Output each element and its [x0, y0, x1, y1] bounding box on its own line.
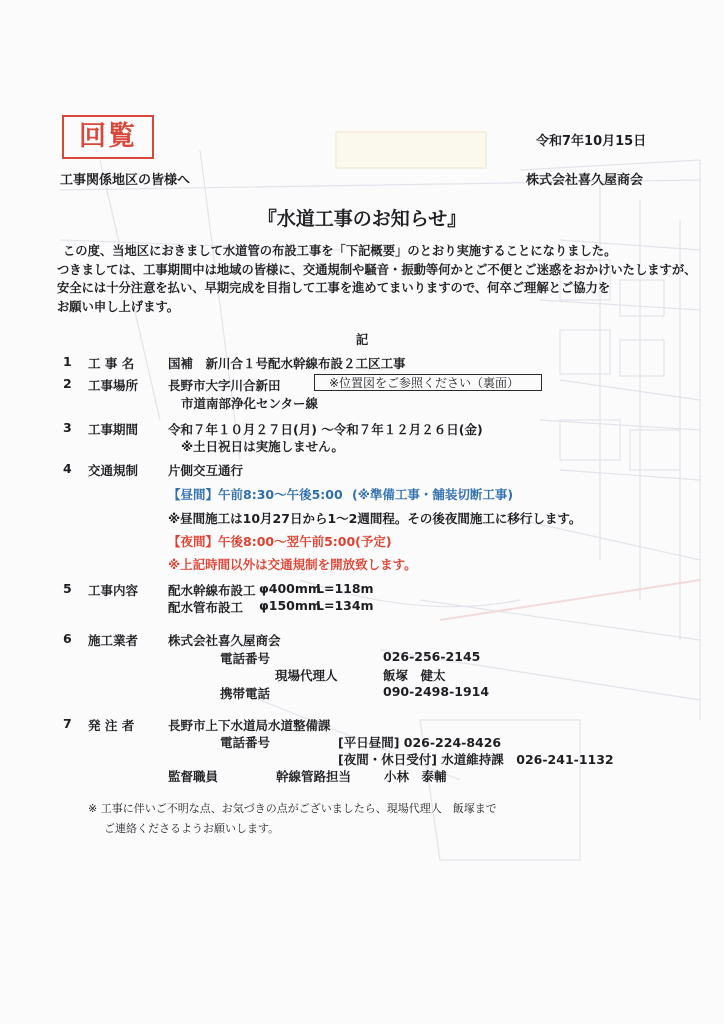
site-agent-label: 現場代理人	[275, 666, 338, 684]
site-agent-name: 飯塚 健太	[383, 666, 446, 684]
item-label-contractor: 施工業者	[88, 631, 138, 649]
ki-heading: 記	[0, 330, 724, 348]
supervisor-name: 小林 泰輔	[384, 767, 447, 785]
daytime-note: ※昼間施工は10月27日から1～2週間程。その後夜間施工に移行します。	[168, 509, 581, 527]
work-row-diameter: φ400mm	[259, 581, 321, 596]
traffic-method: 片側交互通行	[168, 461, 243, 479]
item-number: 4	[63, 461, 72, 476]
item-number: 3	[63, 420, 72, 435]
contractor-name: 株式会社喜久屋商会	[168, 631, 281, 649]
mobile-label: 携帯電話	[220, 684, 270, 702]
supervisor-label: 監督職員	[168, 767, 218, 785]
work-row-name: 配水幹線布設工	[168, 581, 256, 599]
item-label-period: 工事期間	[88, 420, 138, 438]
daytime-hours: 【昼間】午前8:30～午後5:00	[168, 485, 343, 503]
intro-paragraph: この度、当地区におきまして水道管の布設工事を「下記概要」のとおり実施することにな…	[57, 242, 696, 316]
client-name: 長野市上下水道局水道整備課	[168, 716, 331, 734]
project-name: 国補 新川合１号配水幹線布設２工区工事	[168, 354, 406, 372]
contractor-phone-label: 電話番号	[220, 649, 270, 667]
issue-date: 令和7年10月15日	[536, 130, 646, 149]
item-number: 6	[63, 631, 72, 646]
item-number: 7	[63, 716, 72, 731]
item-number: 1	[63, 354, 72, 369]
company-name: 株式会社喜久屋商会	[526, 169, 643, 188]
period-note: ※土日祝日は実施しません。	[181, 437, 344, 455]
nighttime-hours: 【夜間】午後8:00～翌午前5:00(予定)	[168, 532, 392, 550]
client-phone-label: 電話番号	[220, 733, 270, 751]
work-row-name: 配水管布設工	[168, 598, 243, 616]
release-note: ※上記時間以外は交通規制を開放致します。	[168, 555, 417, 573]
intro-line: お願い申し上げます。	[57, 298, 696, 317]
footer-note-line: ※ 工事に伴いご不明な点、お気づきの点がございましたら、現場代理人 飯塚まで	[88, 799, 497, 819]
location-map-reference: ※位置図をご参照ください（裏面）	[314, 374, 542, 391]
location-road: 市道南部浄化センター線	[181, 394, 318, 412]
intro-line: この度、当地区におきまして水道管の布設工事を「下記概要」のとおり実施することにな…	[57, 242, 696, 261]
footer-note: ※ 工事に伴いご不明な点、お気づきの点がございましたら、現場代理人 飯塚まで ご…	[88, 799, 497, 839]
mobile-number: 090-2498-1914	[383, 684, 489, 699]
page-title: 『水道工事のお知らせ』	[0, 204, 724, 231]
circulation-stamp: 回覧	[62, 115, 154, 159]
client-weekday-phone: [平日昼間] 026-224-8426	[338, 733, 501, 751]
work-row-diameter: φ150mm	[259, 598, 321, 613]
item-label-project-name: 工 事 名	[88, 354, 134, 372]
item-label-traffic: 交通規制	[88, 461, 138, 479]
addressee: 工事関係地区の皆様へ	[60, 169, 190, 188]
item-number: 5	[63, 581, 72, 596]
contractor-phone: 026-256-2145	[383, 649, 480, 664]
intro-line: つきましては、工事期間中は地域の皆様に、交通規制や騒音・振動等何かとご不便とご迷…	[57, 261, 696, 280]
footer-note-line: ご連絡くださるようお願いします。	[88, 819, 497, 839]
work-row-length: L=134m	[316, 598, 374, 613]
item-label-content: 工事内容	[88, 581, 138, 599]
work-row-length: L=118m	[316, 581, 374, 596]
location-value: 長野市大字川合新田	[168, 376, 281, 394]
item-number: 2	[63, 376, 72, 391]
supervisor-role: 幹線管路担当	[276, 767, 351, 785]
intro-line: 安全には十分注意を払い、早期完成を目指して工事を進めてまいりますので、何卒ご理解…	[57, 279, 696, 298]
daytime-work-type: (※準備工事・舗装切断工事)	[352, 485, 513, 503]
client-night-phone: [夜間・休日受付] 水道維持課 026-241-1132	[338, 750, 614, 768]
item-label-location: 工事場所	[88, 376, 138, 394]
item-label-client: 発 注 者	[88, 716, 134, 734]
work-period: 令和７年１０月２７日(月) ～令和７年１２月２６日(金)	[168, 420, 483, 438]
